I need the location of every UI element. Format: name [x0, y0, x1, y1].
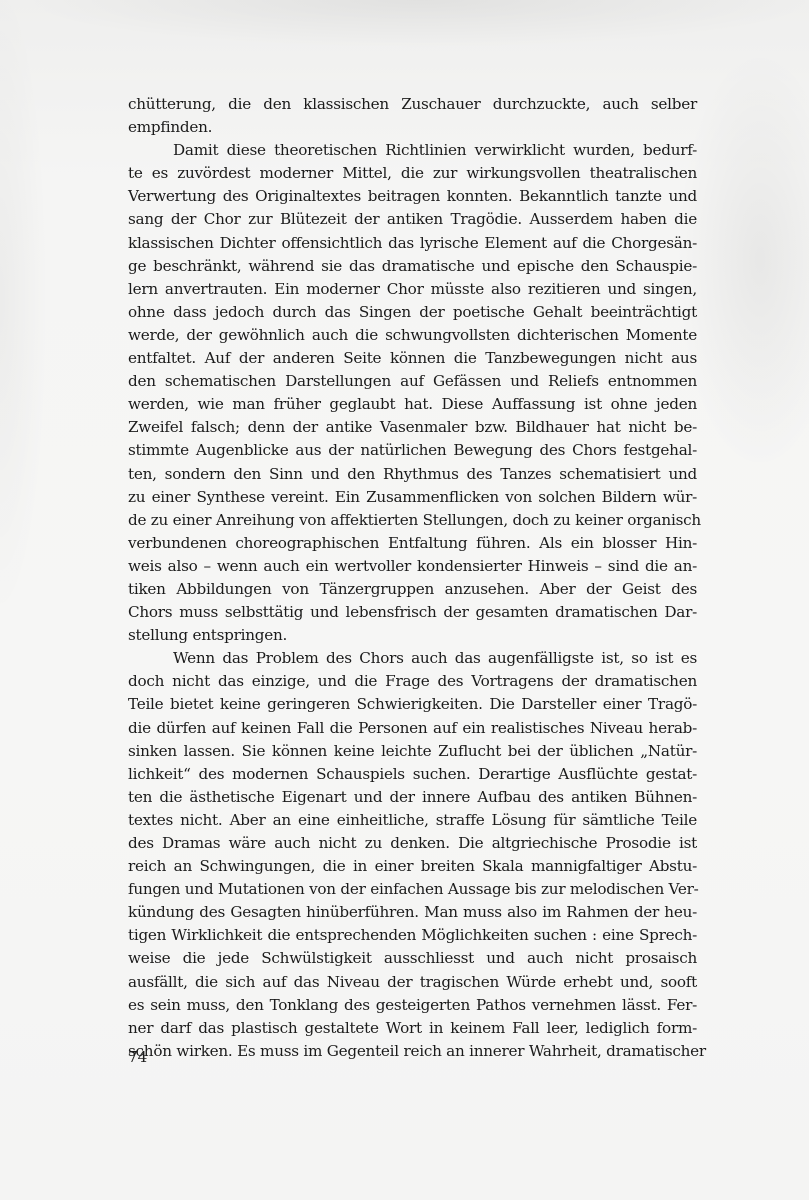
text-line: fungen und Mutationen von der einfachen … — [128, 878, 697, 901]
text-line: empfinden. — [128, 116, 697, 139]
text-line: klassischen Dichter offensichtlich das l… — [128, 232, 697, 255]
text-line: lern anvertrauten. Ein moderner Chor müs… — [128, 278, 697, 301]
text-line: doch nicht das einzige, und die Frage de… — [128, 670, 697, 693]
text-line: tigen Wirklichkeit die entsprechenden Mö… — [128, 924, 697, 947]
text-line: kündung des Gesagten hinüberführen. Man … — [128, 901, 697, 924]
paragraph-2: Damit diese theoretischen Richtlinien ve… — [128, 139, 697, 647]
paragraph-3: Wenn das Problem des Chors auch das auge… — [128, 647, 697, 1063]
text-line: verbundenen choreographischen Entfaltung… — [128, 532, 697, 555]
text-line: ten die ästhetische Eigenart und der inn… — [128, 786, 697, 809]
text-line: Chors muss selbsttätig und lebensfrisch … — [128, 601, 697, 624]
text-line: Zweifel falsch; denn der antike Vasenmal… — [128, 416, 697, 439]
text-line: lichkeit“ des modernen Schauspiels suche… — [128, 763, 697, 786]
page-number: 74 — [128, 1048, 147, 1066]
text-line: weise die jede Schwülstigkeit ausschlies… — [128, 947, 697, 970]
text-line: Verwertung des Originaltextes beitragen … — [128, 185, 697, 208]
text-line: ohne dass jedoch durch das Singen der po… — [128, 301, 697, 324]
text-line: de zu einer Anreihung von affektierten S… — [128, 509, 697, 532]
text-line: tiken Abbildungen von Tänzergruppen anzu… — [128, 578, 697, 601]
text-line: Wenn das Problem des Chors auch das auge… — [128, 647, 697, 670]
body-text: chütterung, die den klassischen Zuschaue… — [128, 93, 697, 1063]
text-line: weis also – wenn auch ein wertvoller kon… — [128, 555, 697, 578]
text-line: sang der Chor zur Blütezeit der antiken … — [128, 208, 697, 231]
text-line: ge beschränkt, während sie das dramatisc… — [128, 255, 697, 278]
text-line: schön wirken. Es muss im Gegenteil reich… — [128, 1040, 697, 1063]
text-line: stimmte Augenblicke aus der natürlichen … — [128, 439, 697, 462]
text-line: werden, wie man früher geglaubt hat. Die… — [128, 393, 697, 416]
text-line: zu einer Synthese vereint. Ein Zusammenf… — [128, 486, 697, 509]
text-line: die dürfen auf keinen Fall die Personen … — [128, 717, 697, 740]
text-line: stellung entspringen. — [128, 624, 697, 647]
paragraph-1: chütterung, die den klassischen Zuschaue… — [128, 93, 697, 139]
text-line: des Dramas wäre auch nicht zu denken. Di… — [128, 832, 697, 855]
text-line: reich an Schwingungen, die in einer brei… — [128, 855, 697, 878]
text-line: ausfällt, die sich auf das Niveau der tr… — [128, 971, 697, 994]
text-line: Damit diese theoretischen Richtlinien ve… — [128, 139, 697, 162]
scanned-book-page: chütterung, die den klassischen Zuschaue… — [0, 0, 809, 1200]
text-line: sinken lassen. Sie können keine leichte … — [128, 740, 697, 763]
text-line: chütterung, die den klassischen Zuschaue… — [128, 93, 697, 116]
text-line: den schematischen Darstellungen auf Gefä… — [128, 370, 697, 393]
text-line: entfaltet. Auf der anderen Seite können … — [128, 347, 697, 370]
text-line: te es zuvördest moderner Mittel, die zur… — [128, 162, 697, 185]
text-line: Teile bietet keine geringeren Schwierigk… — [128, 693, 697, 716]
text-line: ner darf das plastisch gestaltete Wort i… — [128, 1017, 697, 1040]
text-line: textes nicht. Aber an eine einheitliche,… — [128, 809, 697, 832]
text-line: es sein muss, den Tonklang des gesteiger… — [128, 994, 697, 1017]
text-line: ten, sondern den Sinn und den Rhythmus d… — [128, 463, 697, 486]
text-line: werde, der gewöhnlich auch die schwungvo… — [128, 324, 697, 347]
